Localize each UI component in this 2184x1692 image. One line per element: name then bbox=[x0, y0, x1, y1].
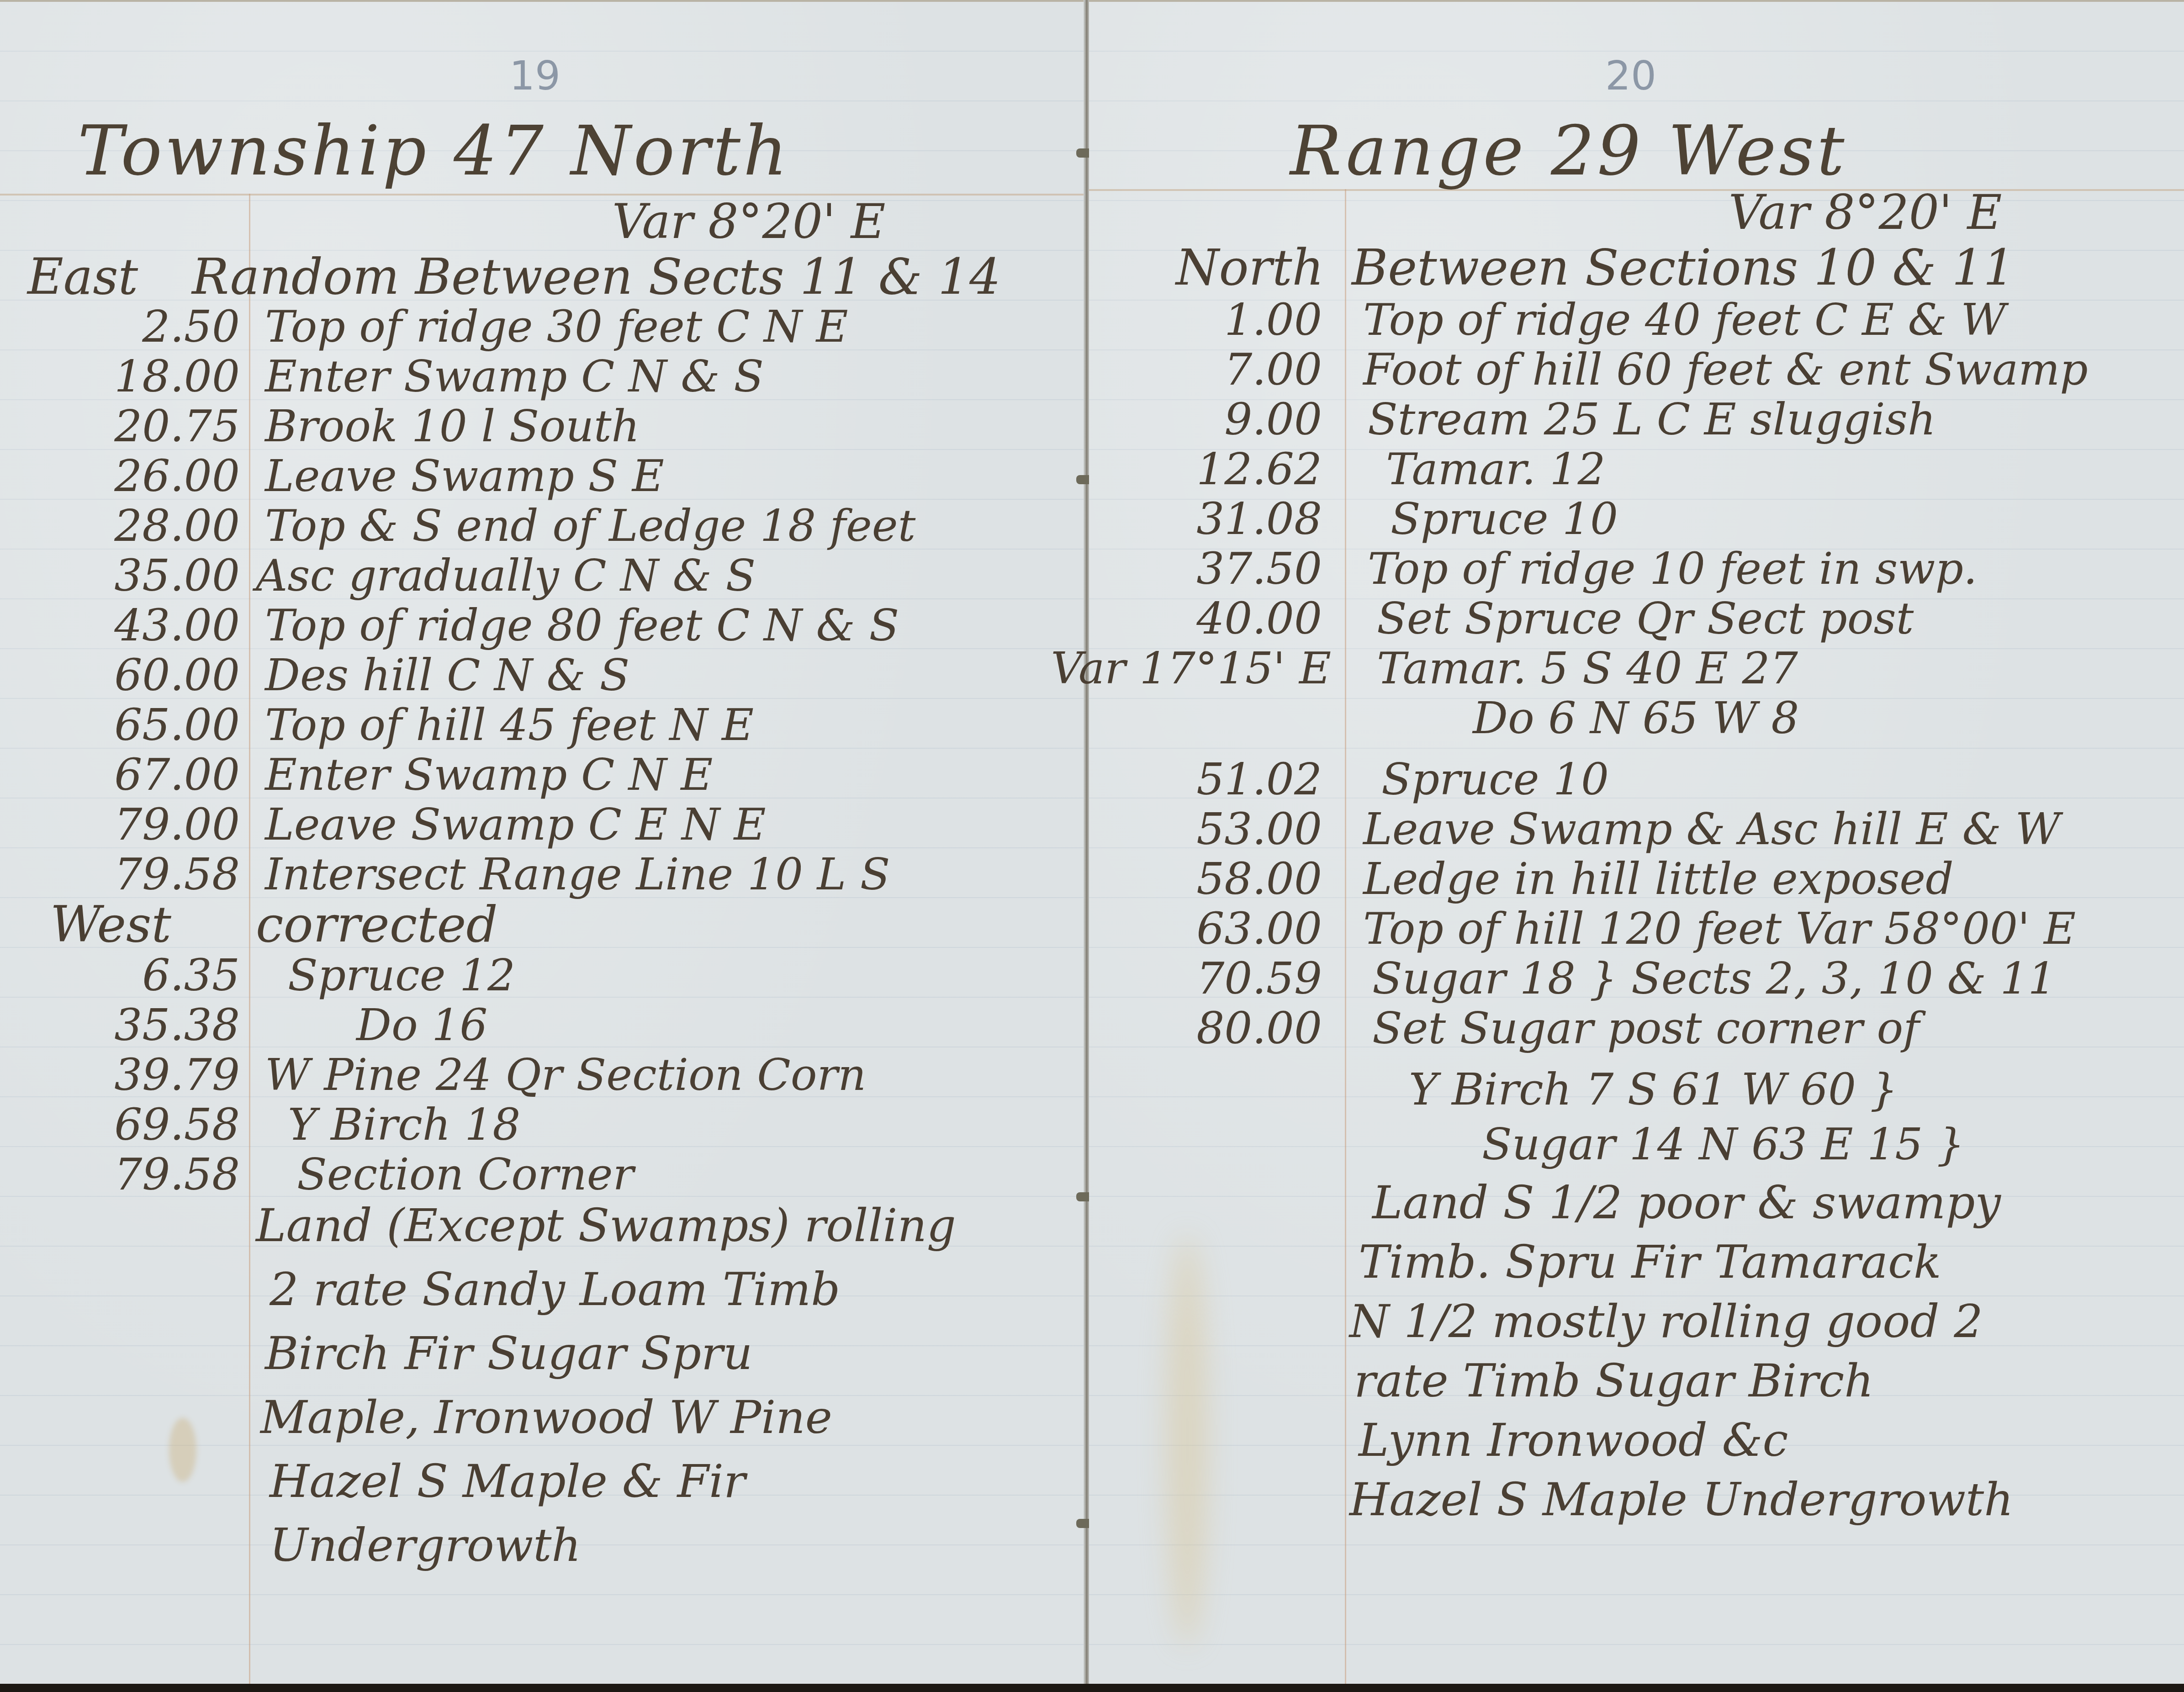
distance: 1.00 bbox=[1224, 294, 1322, 345]
page-number: 20 bbox=[1605, 52, 1656, 99]
description-line: Land (Except Swamps) rolling bbox=[256, 1199, 956, 1252]
description-line: Lynn Ironwood &c bbox=[1359, 1413, 1788, 1467]
entry-row: 67.00 Enter Swamp C N E bbox=[0, 749, 1083, 799]
entry-note: Enter Swamp C N & S bbox=[265, 351, 764, 402]
entry-row: Sugar 14 N 63 E 15 } bbox=[1089, 1119, 2181, 1169]
entry-note: Asc gradually C N & S bbox=[256, 550, 756, 601]
entry-row: 79.58 Section Corner bbox=[0, 1149, 1083, 1199]
entry-row: 65.00 Top of hill 45 feet N E bbox=[0, 699, 1083, 749]
entry-note: Top of ridge 30 feet C N E bbox=[265, 301, 848, 352]
entry-note: Top of hill 45 feet N E bbox=[265, 699, 754, 751]
distance: 35.00 bbox=[114, 550, 240, 601]
entry-note: Tamar. 12 bbox=[1386, 444, 1606, 495]
entry-note: Sugar 14 N 63 E 15 } bbox=[1482, 1119, 1965, 1170]
entry-note: Top of ridge 80 feet C N & S bbox=[265, 600, 899, 651]
entry-note: Section Corner bbox=[297, 1149, 634, 1200]
entry-row: 35.00 Asc gradually C N & S bbox=[0, 550, 1083, 600]
distance: 31.08 bbox=[1196, 493, 1322, 545]
water-stain bbox=[1167, 1235, 1208, 1646]
distance: 6.35 bbox=[142, 950, 240, 1001]
line-heading: Between Sections 10 & 11 bbox=[1352, 239, 2015, 296]
entry-row: 20.75 Brook 10 l South bbox=[0, 401, 1083, 450]
distance: 12.62 bbox=[1196, 444, 1322, 495]
entry-row: 80.00 Set Sugar post corner of bbox=[1089, 1003, 2181, 1052]
entry-row: 79.58 Intersect Range Line 10 L S bbox=[0, 849, 1083, 899]
entry-row: 63.00 Top of hill 120 feet Var 58°00' E bbox=[1089, 903, 2181, 953]
description-line: Hazel S Maple Undergrowth bbox=[1349, 1473, 2014, 1526]
entry-note: Stream 25 L C E sluggish bbox=[1368, 394, 1936, 445]
entry-note: Spruce 10 bbox=[1381, 754, 1609, 805]
entry-note: Top of ridge 40 feet C E & W bbox=[1363, 294, 2006, 345]
entry-row: 2.50 Top of ridge 30 feet C N E bbox=[0, 301, 1083, 351]
distance: 39.79 bbox=[114, 1049, 240, 1100]
entry-note: Top of hill 120 feet Var 58°00' E bbox=[1363, 903, 2076, 954]
description-line: Timb. Spru Fir Tamarack bbox=[1359, 1235, 1941, 1289]
description-line: 2 rate Sandy Loam Timb bbox=[270, 1263, 840, 1316]
distance: Var 17°15' E bbox=[1051, 643, 1331, 694]
line-heading: Random Between Sects 11 & 14 bbox=[192, 249, 1001, 306]
page-number: 19 bbox=[509, 52, 561, 99]
entry-note: Leave Swamp S E bbox=[265, 450, 664, 502]
distance: 9.00 bbox=[1224, 394, 1322, 445]
entry-row: 43.00 Top of ridge 80 feet C N & S bbox=[0, 600, 1083, 650]
distance: 65.00 bbox=[114, 699, 240, 751]
distance: 28.00 bbox=[114, 500, 240, 551]
entry-note: Leave Swamp & Asc hill E & W bbox=[1363, 804, 2060, 855]
variation-note: Var 8°20' E bbox=[612, 194, 885, 249]
distance: 18.00 bbox=[114, 351, 240, 402]
entry-note: Tamar. 5 S 40 E 27 bbox=[1377, 643, 1798, 694]
entry-row: 6.35 Spruce 12 bbox=[0, 950, 1083, 999]
description-line: Land S 1/2 poor & swampy bbox=[1372, 1176, 2001, 1229]
entry-note: Set Spruce Qr Sect post bbox=[1377, 593, 1914, 644]
distance: 79.58 bbox=[114, 1149, 240, 1200]
left-page: 19 Township 47 North Var 8°20' E East Ra… bbox=[0, 0, 1086, 1692]
entry-row: Y Birch 7 S 61 W 60 } bbox=[1089, 1064, 2181, 1114]
entry-note: Y Birch 7 S 61 W 60 } bbox=[1409, 1064, 1898, 1115]
entry-row: 60.00 Des hill C N & S bbox=[0, 650, 1083, 699]
entry-note: Do 6 N 65 W 8 bbox=[1473, 693, 1799, 744]
description-line: Undergrowth bbox=[270, 1518, 581, 1572]
line-heading: corrected bbox=[256, 896, 498, 953]
entry-row: 28.00 Top & S end of Ledge 18 feet bbox=[0, 500, 1083, 550]
entry-row: 40.00 Set Spruce Qr Sect post bbox=[1089, 593, 2181, 643]
distance: 80.00 bbox=[1196, 1003, 1322, 1054]
distance: 26.00 bbox=[114, 450, 240, 502]
description-line: Maple, Ironwood W Pine bbox=[260, 1391, 832, 1444]
description-line: Birch Fir Sugar Spru bbox=[265, 1327, 752, 1380]
distance: 69.58 bbox=[114, 1099, 240, 1150]
entry-row: 39.79 W Pine 24 Qr Section Corn bbox=[0, 1049, 1083, 1099]
entry-note: W Pine 24 Qr Section Corn bbox=[265, 1049, 866, 1100]
distance: 7.00 bbox=[1224, 344, 1322, 395]
right-page: 20 Range 29 West Var 8°20' E North Betwe… bbox=[1089, 0, 2184, 1692]
entry-row: 37.50 Top of ridge 10 feet in swp. bbox=[1089, 543, 2181, 593]
entry-note: Brook 10 l South bbox=[265, 401, 640, 452]
distance: 43.00 bbox=[114, 600, 240, 651]
entry-note: Top & S end of Ledge 18 feet bbox=[265, 500, 915, 551]
distance: 40.00 bbox=[1196, 593, 1322, 644]
entry-note: Foot of hill 60 feet & ent Swamp bbox=[1363, 344, 2088, 395]
entry-row: 69.58 Y Birch 18 bbox=[0, 1099, 1083, 1149]
entry-row: 53.00 Leave Swamp & Asc hill E & W bbox=[1089, 804, 2181, 853]
entry-row: Var 17°15' E Tamar. 5 S 40 E 27 bbox=[1089, 643, 2181, 693]
distance: 70.59 bbox=[1196, 953, 1322, 1004]
entry-row: Do 6 N 65 W 8 bbox=[1089, 693, 2181, 742]
entry-note: Do 16 bbox=[356, 999, 487, 1051]
description-line: rate Timb Sugar Birch bbox=[1354, 1354, 1874, 1407]
entry-note: Des hill C N & S bbox=[265, 650, 629, 701]
distance: 79.58 bbox=[114, 849, 240, 900]
header-rule bbox=[0, 194, 1084, 196]
notebook-spread: 19 Township 47 North Var 8°20' E East Ra… bbox=[0, 0, 2184, 1692]
entry-row: 35.38 Do 16 bbox=[0, 999, 1083, 1049]
distance: 67.00 bbox=[114, 749, 240, 800]
entry-row: 1.00 Top of ridge 40 feet C E & W bbox=[1089, 294, 2181, 344]
page-title: Range 29 West bbox=[1290, 111, 1847, 191]
line-direction: West bbox=[50, 896, 171, 953]
entry-row: 9.00 Stream 25 L C E sluggish bbox=[1089, 394, 2181, 444]
page-title: Township 47 North bbox=[78, 111, 790, 191]
description-line: Hazel S Maple & Fir bbox=[270, 1454, 746, 1508]
entry-row: 26.00 Leave Swamp S E bbox=[0, 450, 1083, 500]
distance: 63.00 bbox=[1196, 903, 1322, 954]
entry-row: 70.59 Sugar 18 } Sects 2, 3, 10 & 11 bbox=[1089, 953, 2181, 1003]
ink-stain bbox=[169, 1418, 196, 1482]
distance: 35.38 bbox=[114, 999, 240, 1051]
entry-row: 18.00 Enter Swamp C N & S bbox=[0, 351, 1083, 401]
line-direction: East bbox=[27, 249, 138, 306]
entry-note: Enter Swamp C N E bbox=[265, 749, 713, 800]
distance: 53.00 bbox=[1196, 804, 1322, 855]
entry-row: 58.00 Ledge in hill little exposed bbox=[1089, 853, 2181, 903]
entry-row: 31.08 Spruce 10 bbox=[1089, 493, 2181, 543]
entry-note: Ledge in hill little exposed bbox=[1363, 853, 1954, 904]
distance: 58.00 bbox=[1196, 853, 1322, 904]
distance: 79.00 bbox=[114, 799, 240, 850]
line-direction: North bbox=[1176, 239, 1324, 296]
book-bottom-edge bbox=[0, 1684, 2184, 1692]
entry-note: Top of ridge 10 feet in swp. bbox=[1368, 543, 1977, 594]
entry-row: 7.00 Foot of hill 60 feet & ent Swamp bbox=[1089, 344, 2181, 394]
distance: 37.50 bbox=[1196, 543, 1322, 594]
entry-note: Leave Swamp C E N E bbox=[265, 799, 766, 850]
entry-row: 51.02 Spruce 10 bbox=[1089, 754, 2181, 804]
variation-note: Var 8°20' E bbox=[1729, 185, 2002, 240]
entry-note: Set Sugar post corner of bbox=[1372, 1003, 1920, 1054]
entry-note: Intersect Range Line 10 L S bbox=[265, 849, 890, 900]
description-line: N 1/2 mostly rolling good 2 bbox=[1349, 1295, 1983, 1348]
distance: 51.02 bbox=[1196, 754, 1322, 805]
entry-note: Spruce 10 bbox=[1391, 493, 1618, 545]
distance: 20.75 bbox=[114, 401, 240, 452]
entry-row: 79.00 Leave Swamp C E N E bbox=[0, 799, 1083, 849]
entry-note: Y Birch 18 bbox=[288, 1099, 520, 1150]
entry-note: Spruce 12 bbox=[288, 950, 515, 1001]
distance: 60.00 bbox=[114, 650, 240, 701]
distance: 2.50 bbox=[142, 301, 240, 352]
entry-note: Sugar 18 } Sects 2, 3, 10 & 11 bbox=[1372, 953, 2056, 1004]
entry-row: 12.62 Tamar. 12 bbox=[1089, 444, 2181, 493]
